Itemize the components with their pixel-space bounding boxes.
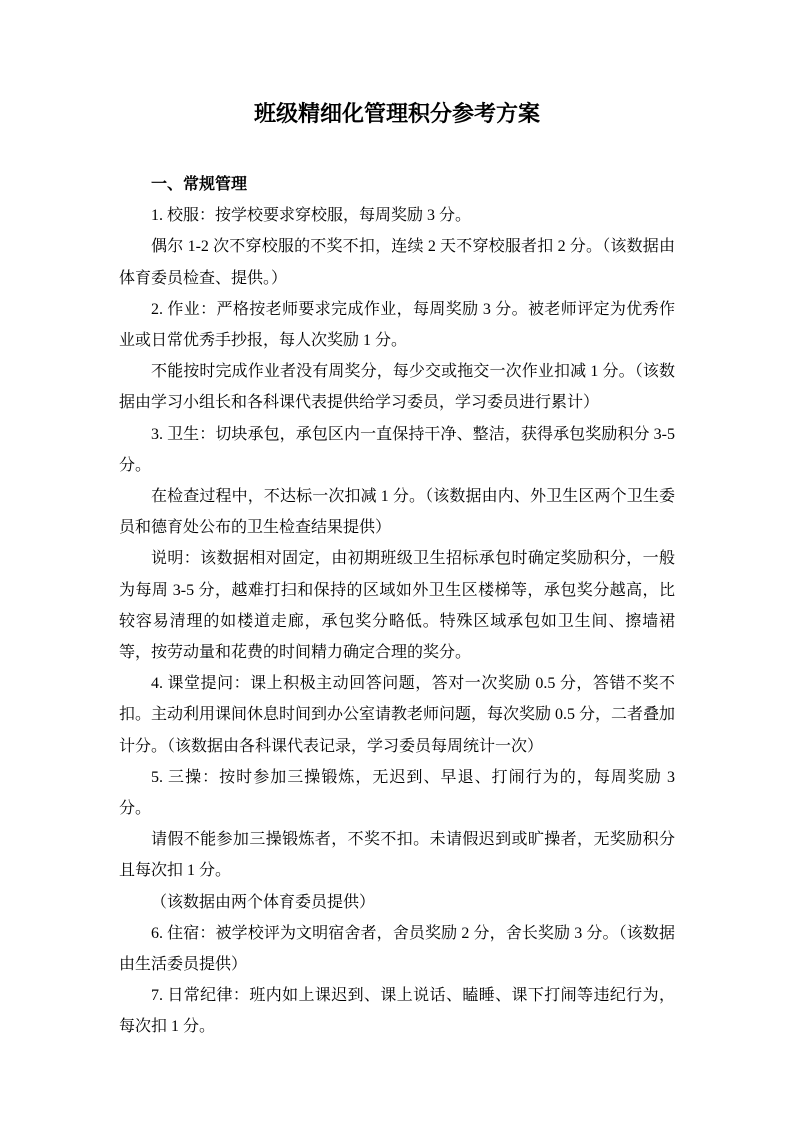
- paragraph-rule-4-class-questions: 4. 课堂提问：课上积极主动回答问题，答对一次奖励 0.5 分，答错不奖不扣。主…: [119, 668, 675, 762]
- paragraph-rule-1-uniform-detail: 偶尔 1-2 次不穿校服的不奖不扣，连续 2 天不穿校服者扣 2 分。（该数据由…: [119, 231, 675, 293]
- document-title: 班级精细化管理积分参考方案: [119, 98, 675, 129]
- paragraph-rule-3-hygiene: 3. 卫生：切块承包，承包区内一直保持干净、整洁，获得承包奖励积分 3-5 分。: [119, 419, 675, 481]
- paragraph-rule-7-daily-discipline: 7. 日常纪律：班内如上课迟到、课上说话、瞌睡、课下打闹等违纪行为，每次扣 1 …: [119, 980, 675, 1042]
- document-page: 班级精细化管理积分参考方案 一、常规管理 1. 校服：按学校要求穿校服，每周奖励…: [0, 0, 793, 1122]
- paragraph-rule-5-exercises: 5. 三操：按时参加三操锻炼，无迟到、早退、打闹行为的，每周奖励 3 分。: [119, 762, 675, 824]
- paragraph-rule-2-homework-detail: 不能按时完成作业者没有周奖分，每少交或拖交一次作业扣减 1 分。（该数据由学习小…: [119, 356, 675, 418]
- paragraph-rule-1-uniform: 1. 校服：按学校要求穿校服，每周奖励 3 分。: [119, 200, 675, 231]
- paragraph-rule-5-exercises-detail: 请假不能参加三操锻炼者，不奖不扣。未请假迟到或旷操者，无奖励积分且每次扣 1 分…: [119, 824, 675, 886]
- paragraph-rule-5-exercises-source: （该数据由两个体育委员提供）: [119, 887, 675, 918]
- section-heading-regular-management: 一、常规管理: [119, 169, 675, 200]
- paragraph-rule-2-homework: 2. 作业：严格按老师要求完成作业，每周奖励 3 分。被老师评定为优秀作业或日常…: [119, 294, 675, 356]
- paragraph-rule-3-hygiene-note: 说明：该数据相对固定，由初期班级卫生招标承包时确定奖励积分，一般为每周 3-5 …: [119, 543, 675, 668]
- paragraph-rule-3-hygiene-detail: 在检查过程中，不达标一次扣减 1 分。（该数据由内、外卫生区两个卫生委员和德育处…: [119, 481, 675, 543]
- paragraph-rule-6-dormitory: 6. 住宿：被学校评为文明宿舍者，舍员奖励 2 分，舍长奖励 3 分。（该数据由…: [119, 918, 675, 980]
